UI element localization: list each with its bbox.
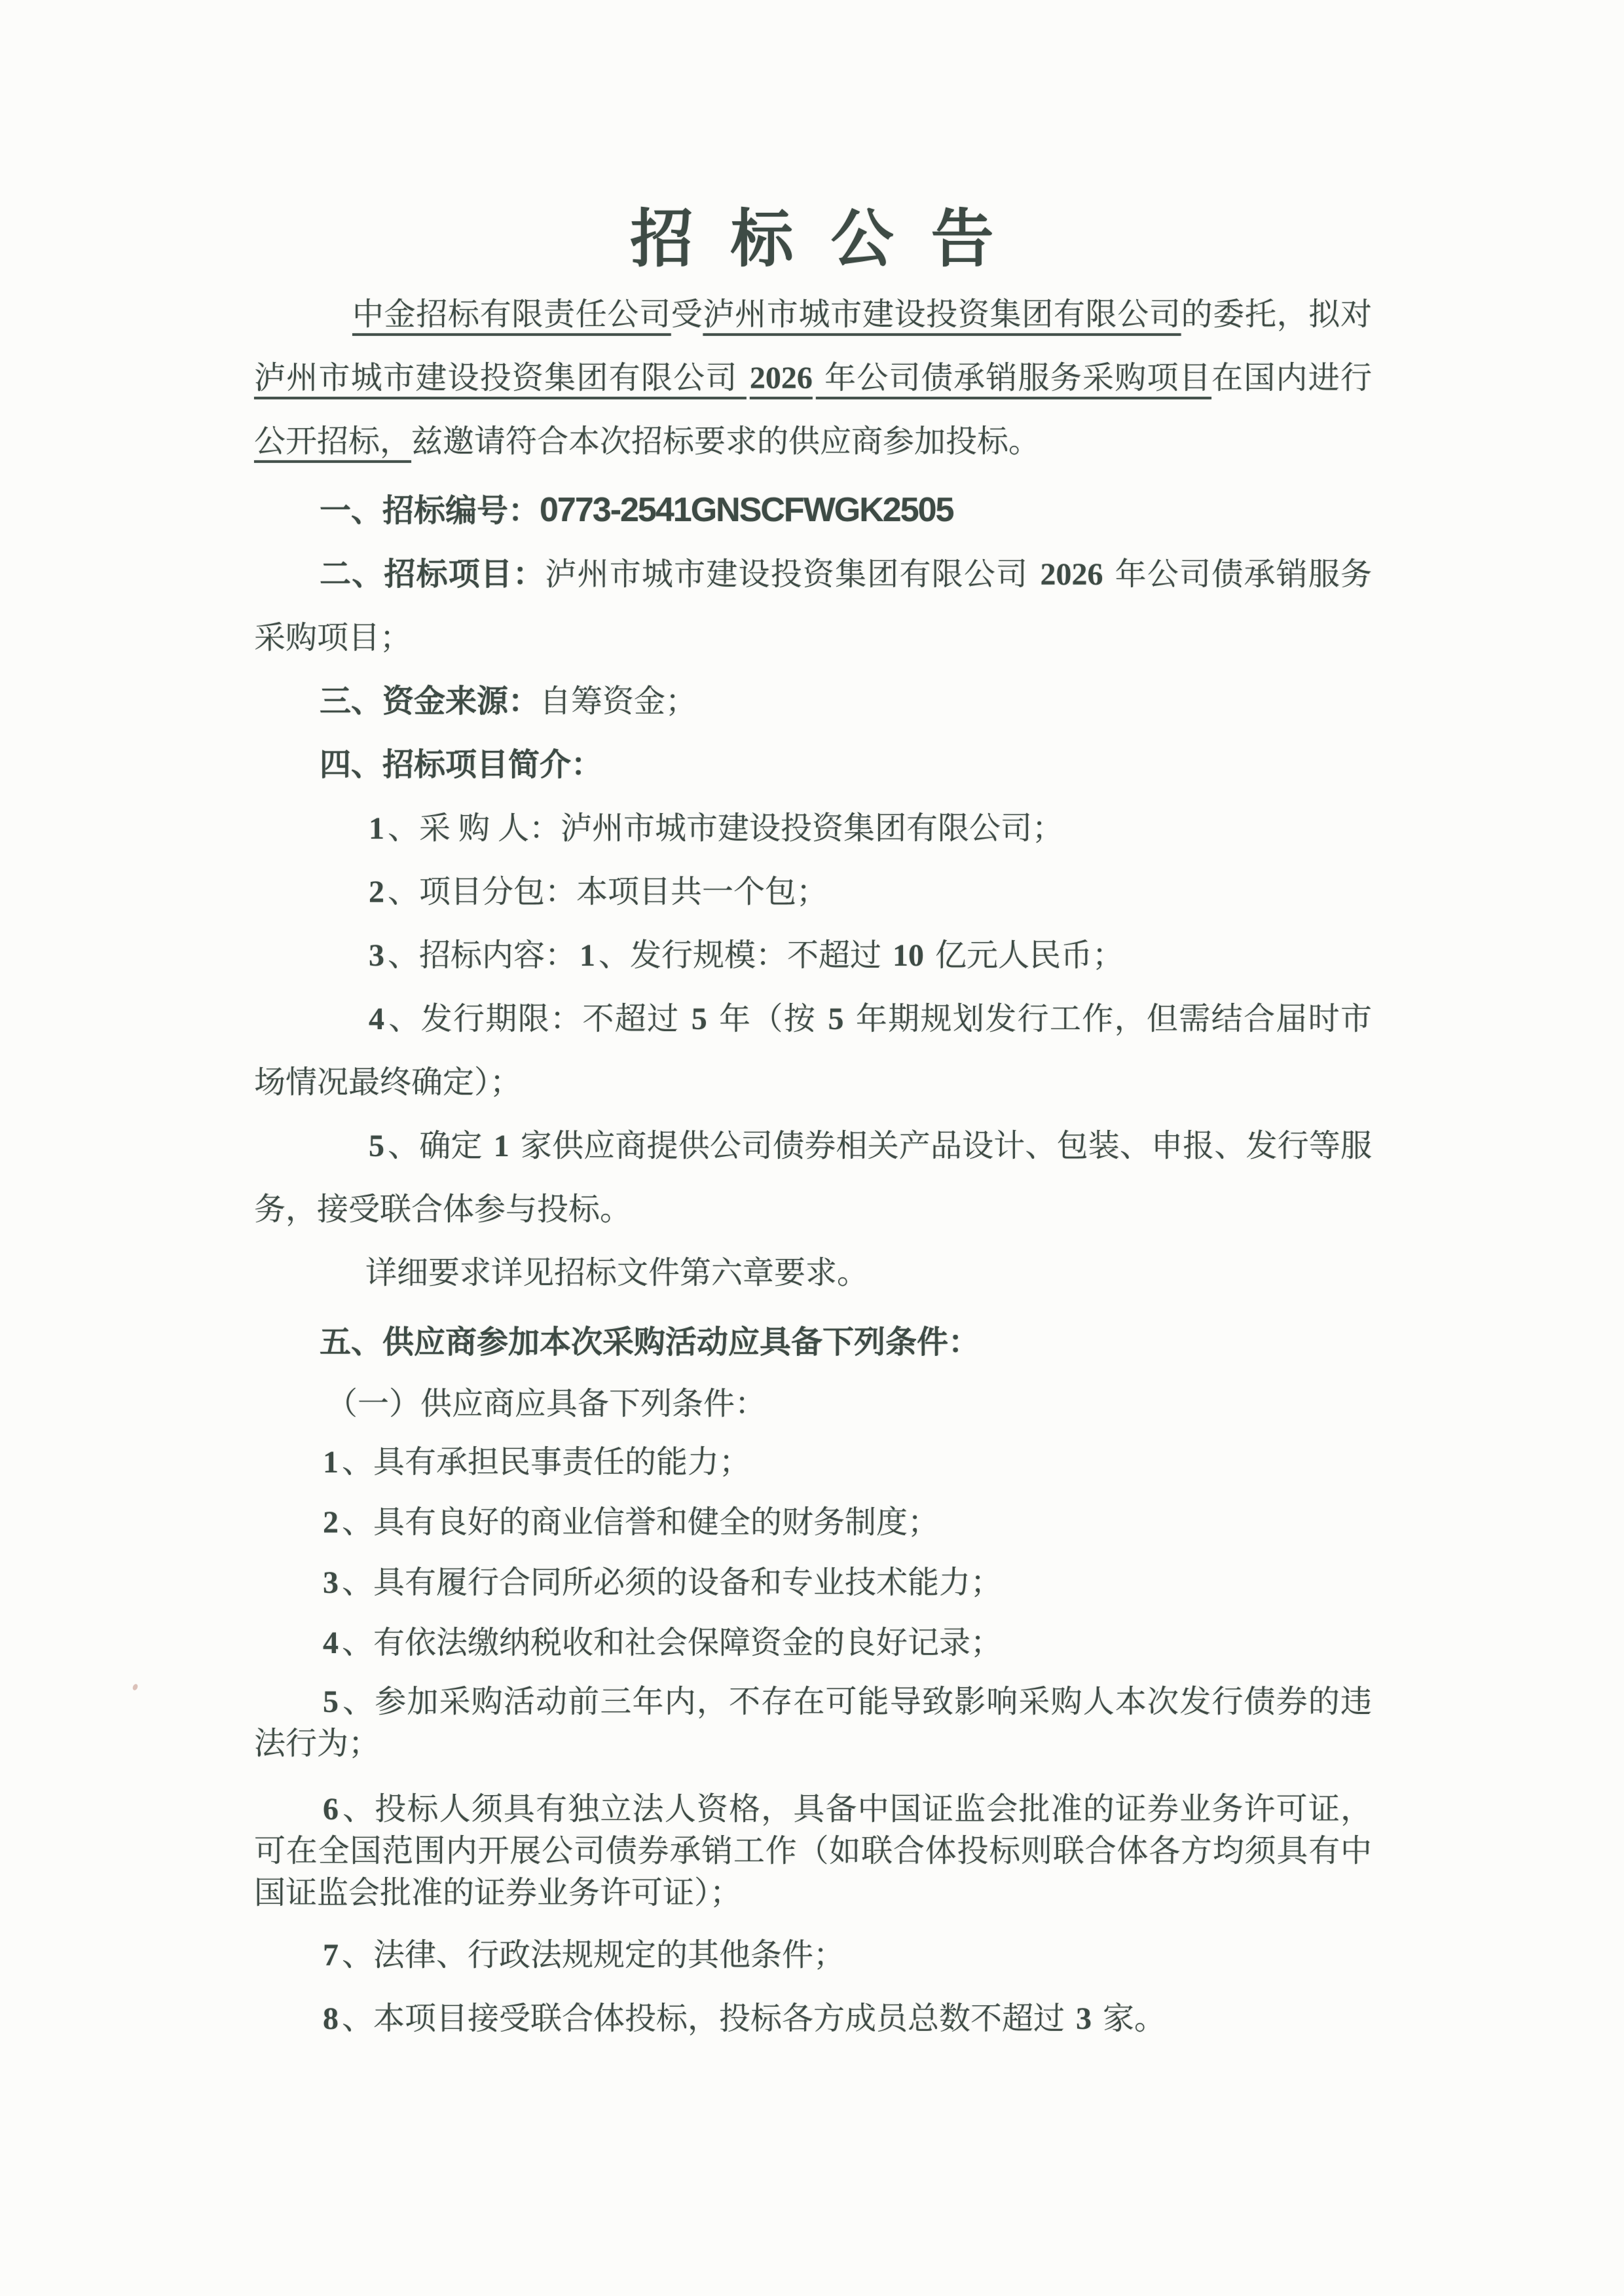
sub-item-term: 4、发行期限：不超过 5 年（按 5 年期规划发行工作，但需结合届时市场情况最终…	[254, 987, 1372, 1114]
item-tender-project: 二、招标项目：泸州市城市建设投资集团有限公司 2026 年公司债承销服务采购项目…	[254, 543, 1372, 670]
open-tender-text: 公开招标，	[254, 424, 411, 459]
fund-source-label: 三、资金来源：	[320, 684, 540, 719]
intro-paragraph: 中金招标有限责任公司受泸州市城市建设投资集团有限公司的委托，拟对泸州市城市建设投…	[254, 283, 1372, 473]
item-fund-source: 三、资金来源：自筹资金；	[254, 670, 1372, 733]
sub-item-supplier: 5、确定 1 家供应商提供公司债券相关产品设计、包装、申报、发行等服务，接受联合…	[254, 1114, 1372, 1241]
scanned-document-page: 招 标 公 告 中金招标有限责任公司受泸州市城市建设投资集团有限公司的委托，拟对…	[0, 0, 1624, 2296]
conditions-section: 五、供应商参加本次采购活动应具备下列条件： （一）供应商应具备下列条件： 1、具…	[254, 1322, 1372, 2040]
tender-number-label: 一、招标编号：	[320, 494, 540, 528]
sub-item-content: 3、招标内容：1、发行规模：不超过 10 亿元人民币；	[254, 924, 1372, 987]
intro-text: 在国内进行	[1211, 361, 1372, 395]
condition-item: 7、法律、行政法规规定的其他条件；	[254, 1935, 1372, 1977]
project-brief-label: 四、招标项目简介：	[320, 748, 602, 782]
item-project-brief-heading: 四、招标项目简介：	[254, 733, 1372, 797]
tender-project-label: 二、招标项目：	[320, 557, 545, 592]
project-name: 泸州市城市建设投资集团有限公司 2026 年公司债承销服务采购项目	[254, 361, 1211, 395]
item-tender-number: 一、招标编号：0773-2541GNSCFWGK2505	[254, 479, 1372, 543]
condition-item: 5、参加采购活动前三年内，不存在可能导致影响采购人本次发行债券的违法行为；	[254, 1681, 1372, 1765]
condition-item: 3、具有履行合同所必须的设备和专业技术能力；	[254, 1562, 1372, 1604]
condition-item: 8、本项目接受联合体投标，投标各方成员总数不超过 3 家。	[254, 1998, 1372, 2040]
purchaser-name: 泸州市城市建设投资集团有限公司	[703, 297, 1181, 332]
page-title: 招 标 公 告	[254, 208, 1372, 271]
detail-note: 详细要求详见招标文件第六章要求。	[254, 1241, 1372, 1305]
sub-item-packages: 2、项目分包：本项目共一个包；	[254, 860, 1372, 924]
conditions-heading: 五、供应商参加本次采购活动应具备下列条件：	[254, 1322, 1372, 1364]
agency-name: 中金招标有限责任公司	[352, 297, 671, 332]
intro-text: 受	[671, 297, 703, 332]
intro-text: 的委托，拟对	[1181, 297, 1372, 332]
sub-item-purchaser: 1、采 购 人：泸州市城市建设投资集团有限公司；	[254, 797, 1372, 860]
condition-item: 6、投标人须具有独立法人资格，具备中国证监会批准的证券业务许可证，可在全国范围内…	[254, 1789, 1372, 1914]
intro-text: 兹邀请符合本次招标要求的供应商参加投标。	[411, 424, 1040, 459]
scan-speck-artifact	[132, 1683, 139, 1691]
condition-item: 1、具有承担民事责任的能力；	[254, 1442, 1372, 1484]
conditions-sub-heading: （一）供应商应具备下列条件：	[254, 1383, 1372, 1425]
fund-source-value: 自筹资金；	[540, 684, 697, 719]
tender-number-value: 0773-2541GNSCFWGK2505	[540, 491, 953, 529]
condition-item: 2、具有良好的商业信誉和健全的财务制度；	[254, 1502, 1372, 1544]
condition-item: 4、有依法缴纳税收和社会保障资金的良好记录；	[254, 1622, 1372, 1664]
